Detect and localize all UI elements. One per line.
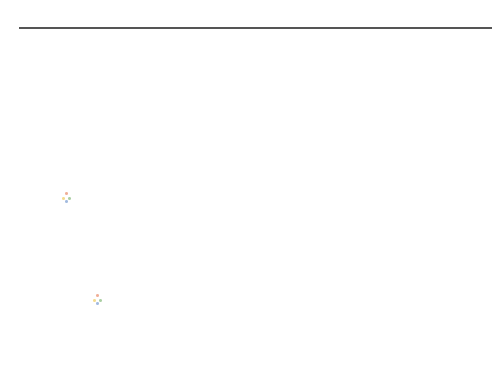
logo-star-icon bbox=[93, 294, 103, 304]
document-page bbox=[0, 0, 500, 371]
logo-star-icon bbox=[62, 192, 72, 202]
page-title bbox=[0, 6, 500, 22]
score-table bbox=[19, 28, 492, 29]
